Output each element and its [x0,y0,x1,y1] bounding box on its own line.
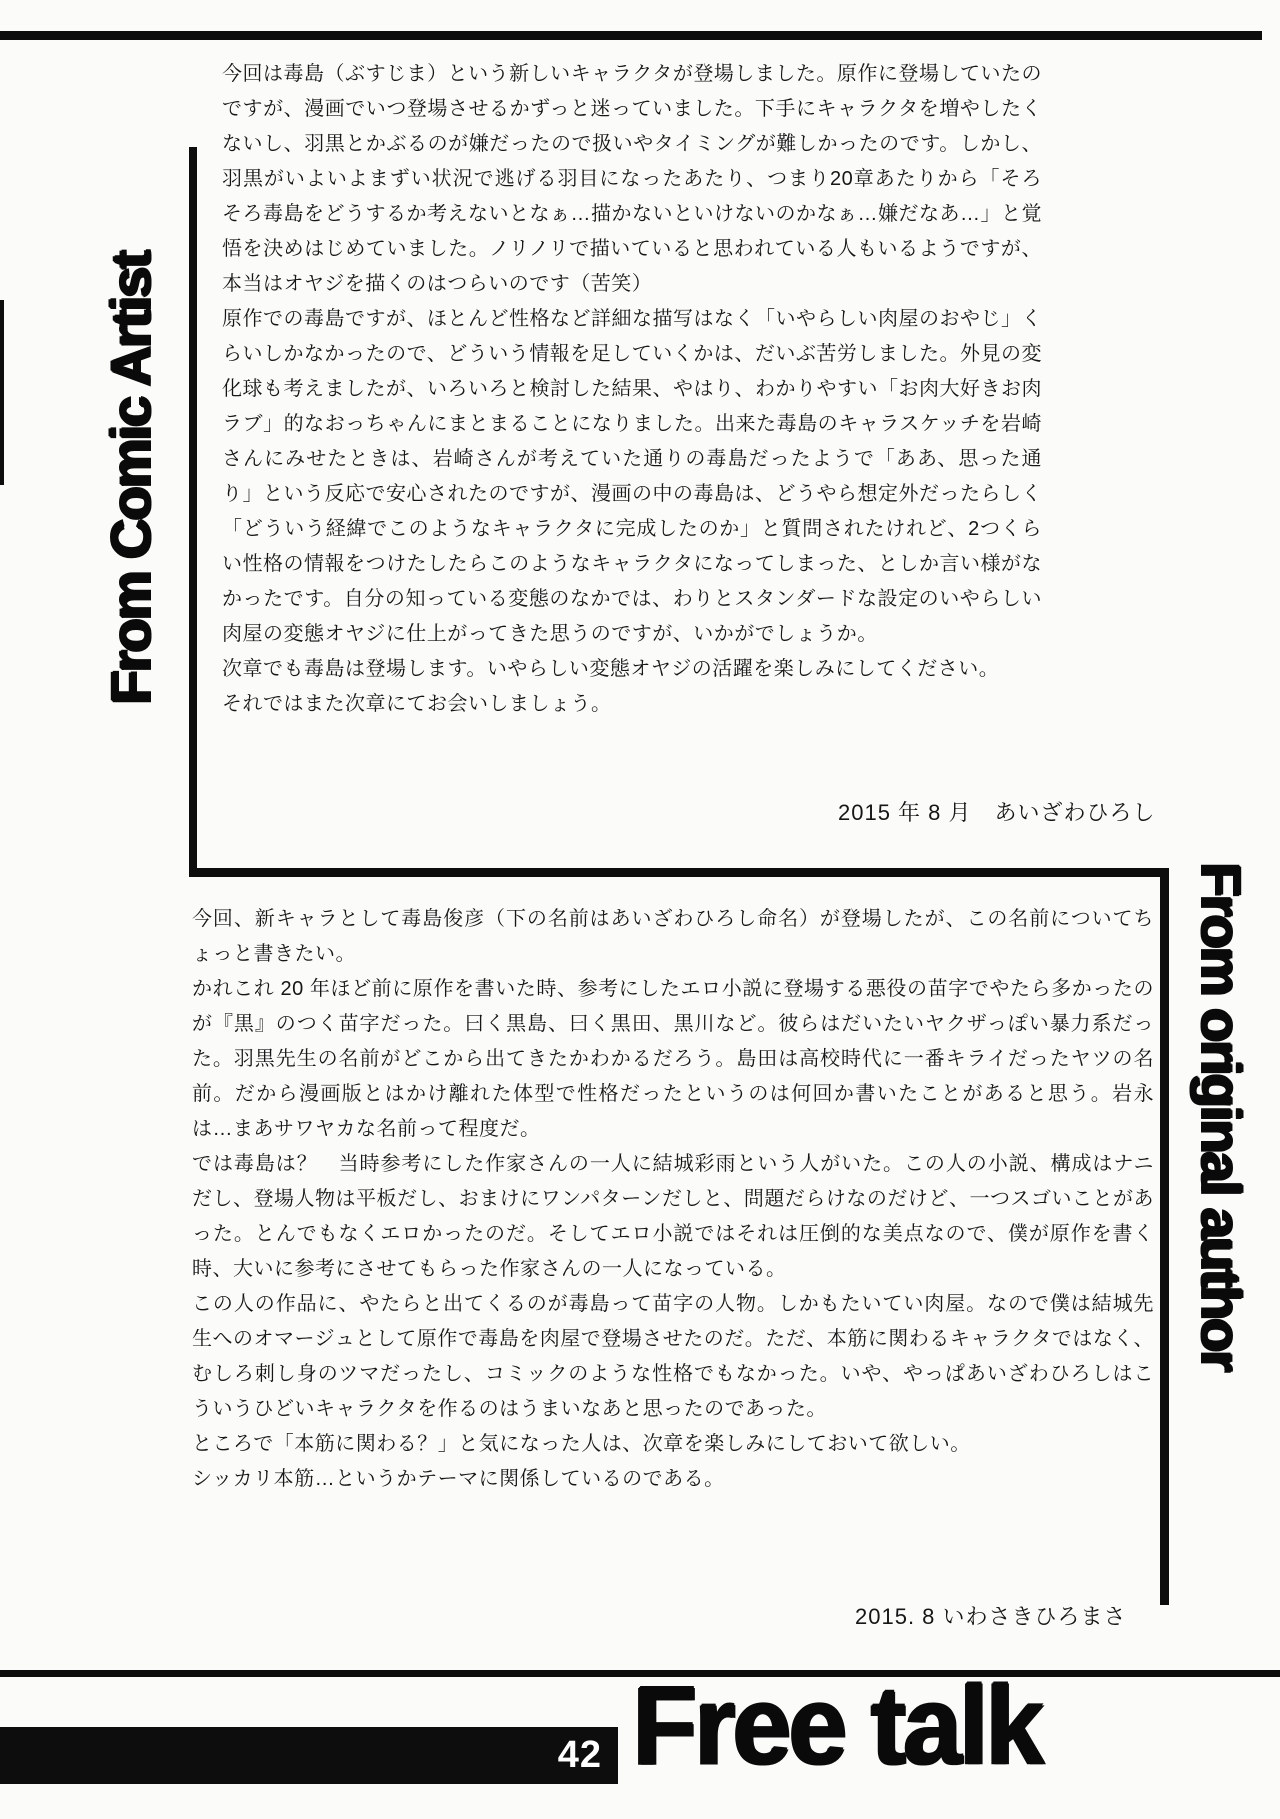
frame-middle-horizontal-rule [189,868,1168,877]
artist-paragraph: 原作での毒島ですが、ほとんど性格など詳細な描写はなく「いやらしい肉屋のおやじ」く… [222,302,1042,652]
scanned-afterword-page: From Comic Artist From Comic Artist 今回は毒… [0,0,1280,1819]
artist-paragraph: それではまた次章にてお会いしましょう。 [222,687,1042,722]
author-paragraph: ところで「本筋に関わる？」と気になった人は、次章を楽しみにしておいて欲しい。 [192,1427,1154,1462]
page-number-bar: 42 [0,1727,618,1784]
author-paragraph: シッカリ本筋…というかテーマに関係しているのである。 [192,1462,1154,1497]
page-number: 42 [558,1734,602,1777]
author-paragraph: この人の作品に、やたらと出てくるのが毒島って苗字の人物。しかもたいてい肉屋。なの… [192,1287,1154,1427]
artist-side-label-rotated: From Comic Artist [96,165,166,705]
frame-left-vertical-rule [189,147,197,877]
author-side-label: From original author [1181,862,1256,1507]
artist-signature: 2015 年 8 月 あいざわひろし [838,796,1156,827]
author-side-label-text: From original author [1190,862,1253,1370]
author-paragraph: では毒島は？ 当時参考にした作家さんの一人に結城彩雨という人がいた。この人の小説… [192,1147,1154,1287]
author-signature: 2015. 8 いわさきひろまさ [855,1600,1127,1631]
author-paragraph: かれこれ 20 年ほど前に原作を書いた時、参考にしたエロ小説に登場する悪役の苗字… [192,972,1154,1147]
author-paragraph: 今回、新キャラとして毒島俊彦（下の名前はあいざわひろし命名）が登場したが、この名… [192,902,1154,972]
top-rule [0,31,1262,40]
artist-side-label-text-rotated: From Comic Artist [99,253,162,705]
footer-title: Free talk [632,1668,1041,1784]
scan-edge-artifact [0,300,4,485]
frame-right-vertical-rule [1160,868,1169,1605]
artist-paragraph: 今回は毒島（ぶすじま）という新しいキャラクタが登場しました。原作に登場していたの… [222,57,1042,302]
artist-note: 今回は毒島（ぶすじま）という新しいキャラクタが登場しました。原作に登場していたの… [222,57,1042,722]
artist-paragraph: 次章でも毒島は登場します。いやらしい変態オヤジの活躍を楽しみにしてください。 [222,652,1042,687]
author-note: 今回、新キャラとして毒島俊彦（下の名前はあいざわひろし命名）が登場したが、この名… [192,902,1154,1497]
